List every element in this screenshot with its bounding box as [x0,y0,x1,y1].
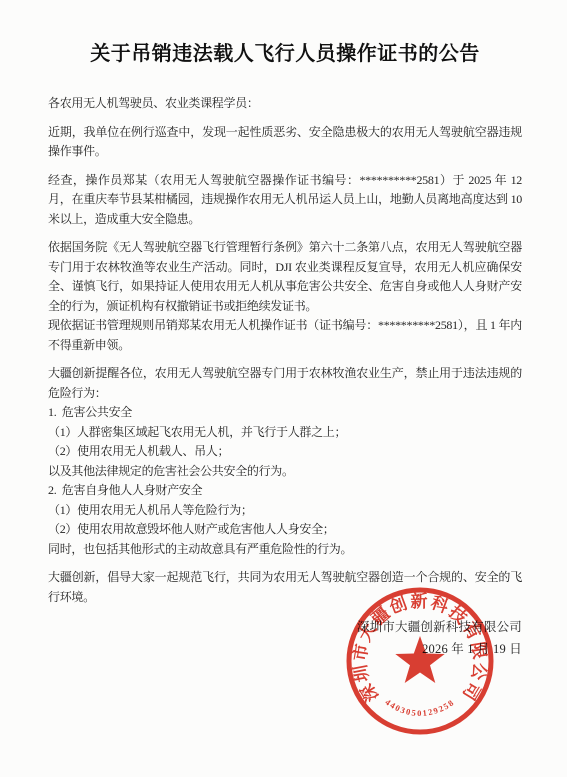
prohibited-item: 1. 危害公共安全 [48,403,522,423]
paragraph-closing: 大疆创新，倡导大家一起规范飞行，共同为农用无人驾驶航空器创造一个合规的、安全的飞… [48,568,522,607]
prohibited-item: （1）使用农用无人机吊人等危险行为； [48,501,522,521]
paragraph-revocation: 现依据证书管理规则吊销郑某农用无人机操作证书（证书编号：**********25… [48,316,522,355]
signature-company: 深圳市大疆创新科技有限公司 [48,616,522,638]
paragraph-reminder: 大疆创新提醒各位，农用无人驾驶航空器专门用于农林牧渔农业生产，禁止用于违法违规的… [48,364,522,403]
salutation: 各农用无人机驾驶员、农业类课程学员： [48,94,522,114]
seal-number: 4403050129258 [383,697,456,718]
seal-ring [349,590,491,732]
paragraph-investigation: 经查，操作员郑某（农用无人驾驶航空器操作证书编号：**********2581）… [48,171,522,230]
prohibited-item: （1）人群密集区域起飞农用无人机，并飞行于人群之上； [48,423,522,443]
signature-date: 2026 年 1 月 19 日 [48,638,522,660]
announcement-document: 关于吊销违法载人飞行人员操作证书的公告 各农用无人机驾驶员、农业类课程学员： 近… [0,0,567,777]
prohibited-item: （2）使用农用无人机载人、吊人； [48,442,522,462]
paragraph-regulation: 依据国务院《无人驾驶航空器飞行管理暂行条例》第六十二条第八点，农用无人驾驶航空器… [48,238,522,316]
prohibited-behaviors-list: 1. 危害公共安全 （1）人群密集区域起飞农用无人机，并飞行于人群之上； （2）… [48,403,522,559]
signature-block: 深圳市大疆创新科技有限公司 2026 年 1 月 19 日 [48,616,522,660]
document-title: 关于吊销违法载人飞行人员操作证书的公告 [48,40,522,68]
prohibited-item: （2）使用农用故意毁坏他人财产或危害他人人身安全； [48,520,522,540]
seal-number-holder: 4403050129258 [383,697,456,718]
prohibited-item: 同时，也包括其他形式的主动故意具有严重危险性的行为。 [48,540,522,560]
prohibited-item: 2. 危害自身他人人身财产安全 [48,481,522,501]
paragraph-incident: 近期，我单位在例行巡查中，发现一起性质恶劣、安全隐患极大的农用无人驾驶航空器违规… [48,123,522,162]
prohibited-item: 以及其他法律规定的危害社会公共安全的行为。 [48,462,522,482]
